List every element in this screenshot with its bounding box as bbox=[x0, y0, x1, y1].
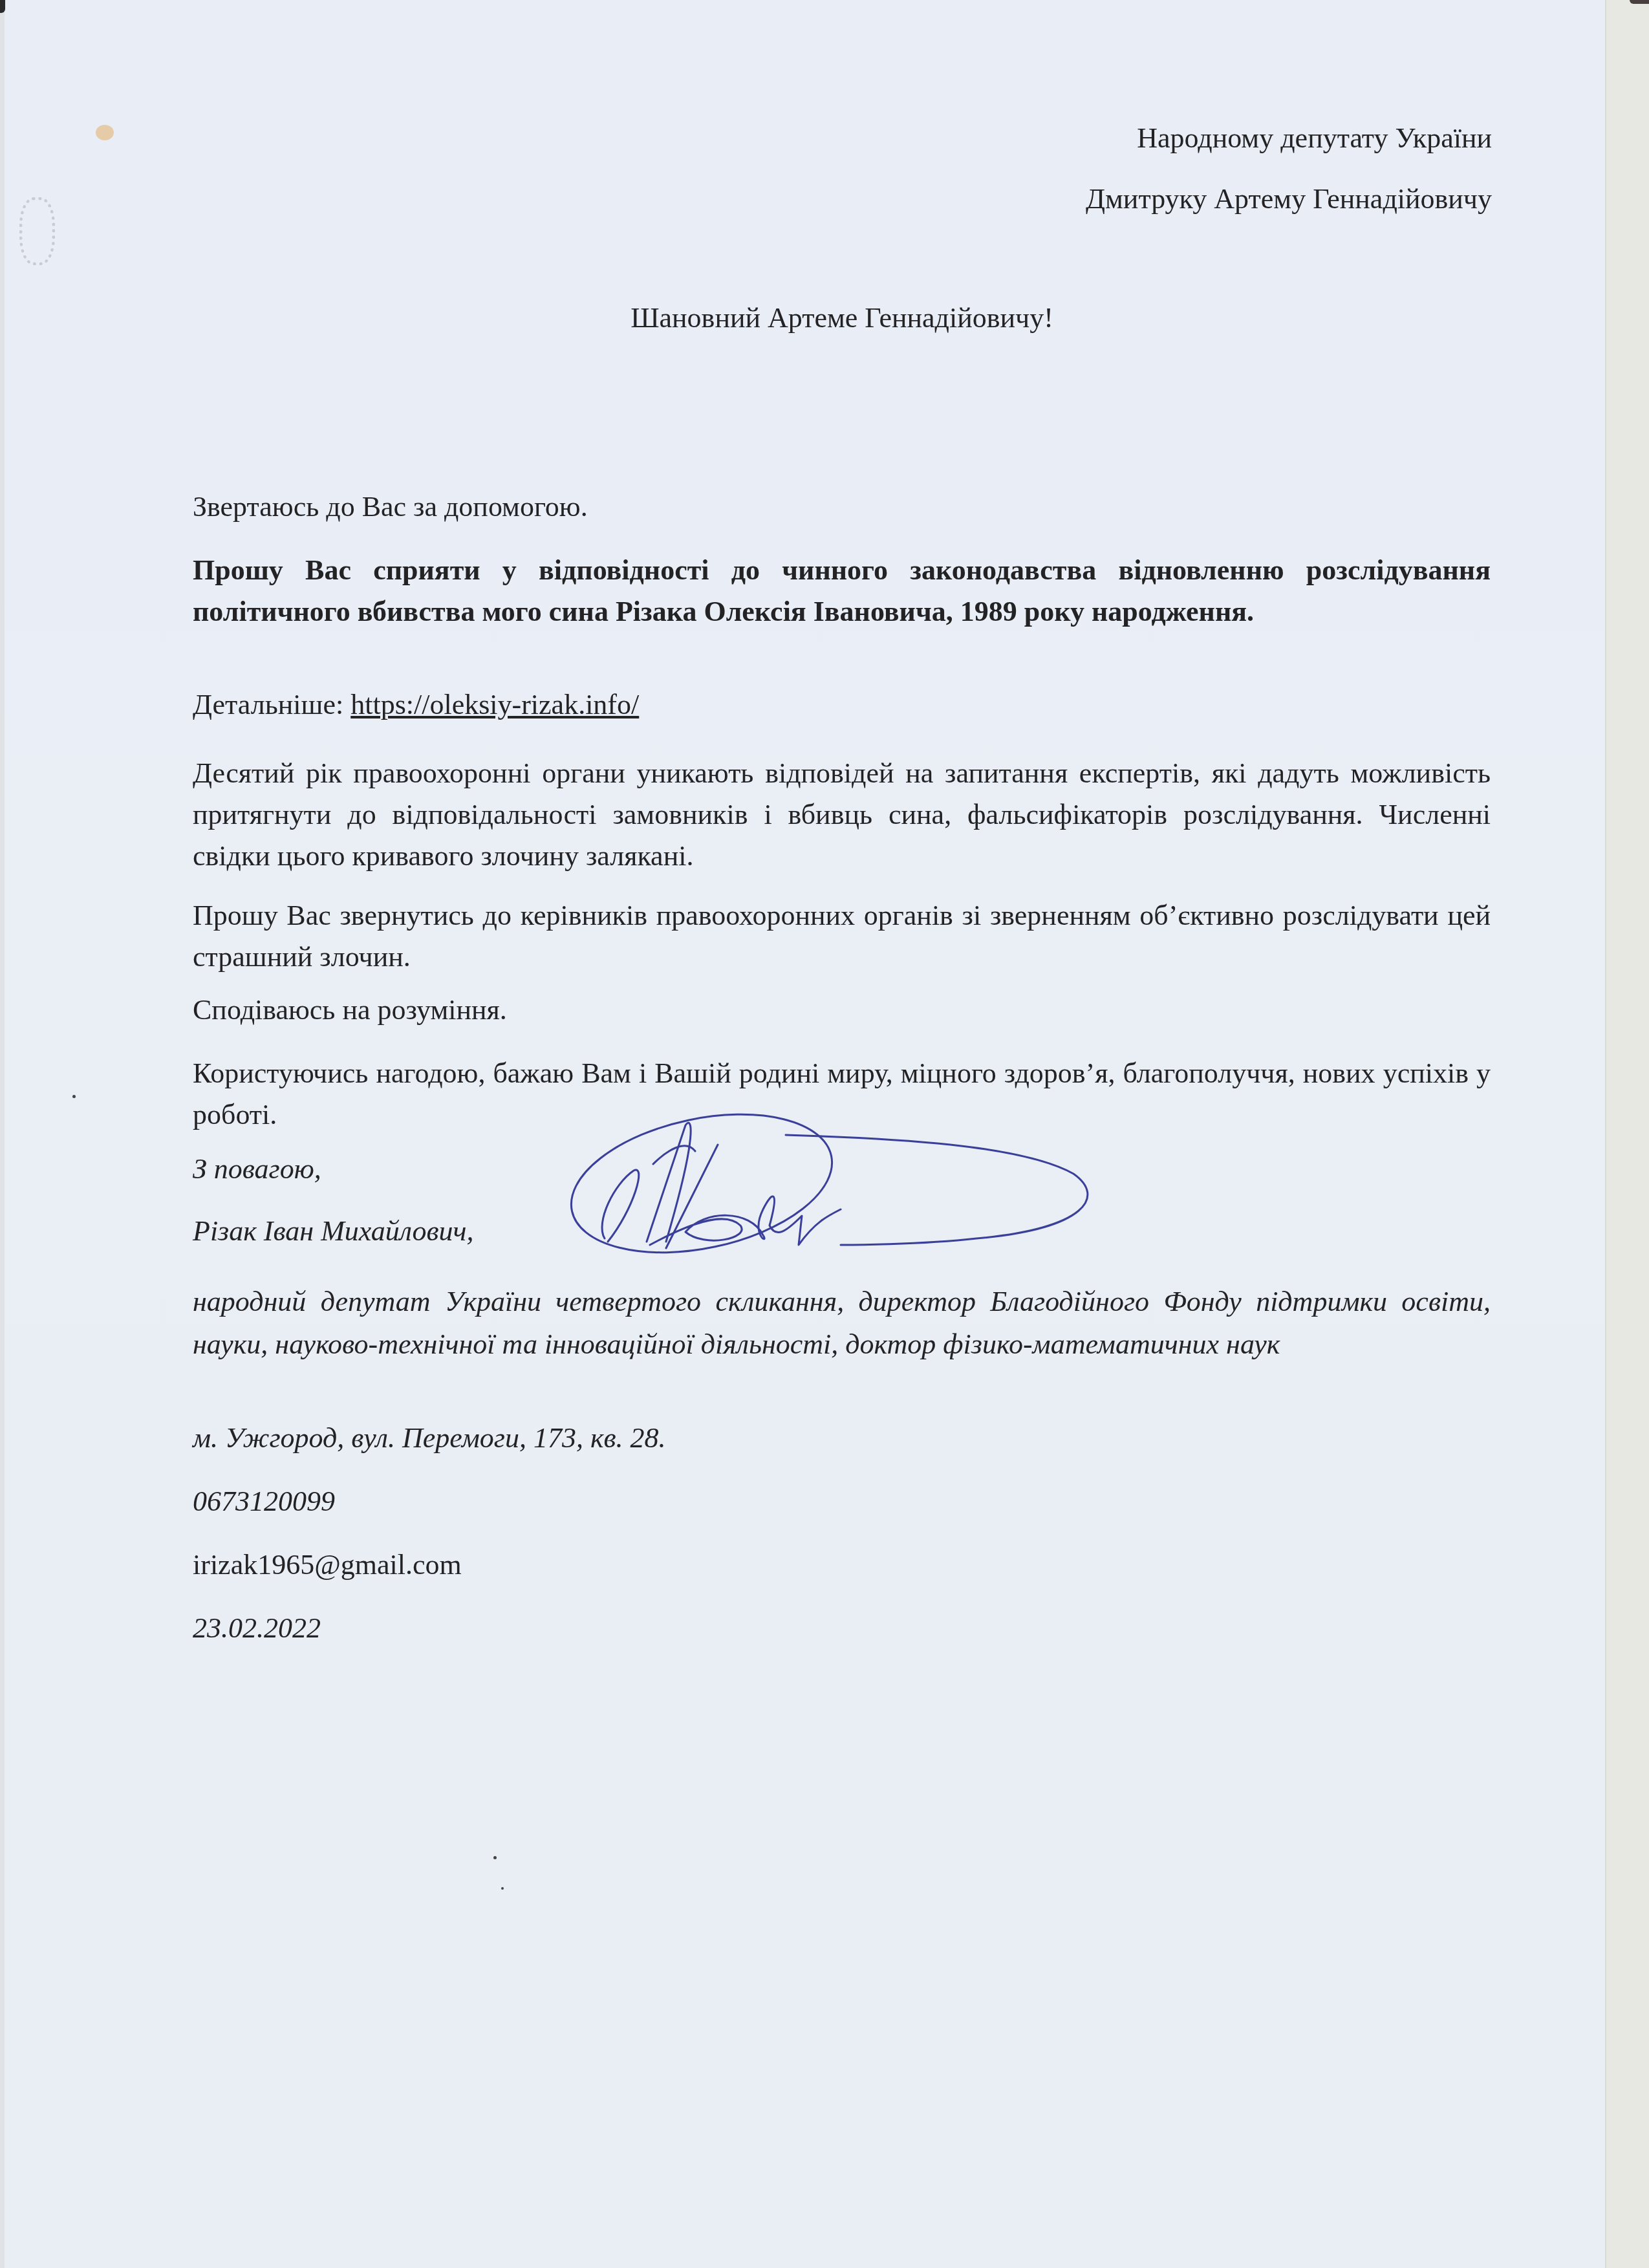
sender-title: народний депутат України четвертого скли… bbox=[193, 1280, 1491, 1366]
scan-corner-mark bbox=[0, 0, 5, 13]
scan-right-edge bbox=[1605, 0, 1649, 2268]
hope-line: Сподіваюсь на розуміння. bbox=[193, 989, 1491, 1031]
regards-line: З повагою, bbox=[193, 1152, 321, 1187]
sender-name: Різак Іван Михайлович, bbox=[193, 1215, 474, 1249]
details-link[interactable]: https://oleksiy-rizak.info/ bbox=[350, 689, 639, 720]
salutation: Шановний Артеме Геннадійовичу! bbox=[0, 301, 1649, 336]
tenth-year-paragraph: Десятий рік правоохоронні органи уникают… bbox=[193, 753, 1491, 877]
sender-address: м. Ужгород, вул. Перемоги, 173, кв. 28. bbox=[193, 1421, 666, 1456]
addressee-line-2: Дмитруку Артему Геннадійовичу bbox=[1086, 182, 1492, 217]
intro-paragraph: Звертаюсь до Вас за допомогою. bbox=[193, 486, 1491, 528]
sender-phone: 0673120099 bbox=[193, 1485, 335, 1519]
main-request-paragraph: Прошу Вас сприяти у відповідності до чин… bbox=[193, 550, 1491, 632]
paper-stain-gray bbox=[19, 197, 55, 265]
paper-stain bbox=[96, 125, 114, 140]
details-label: Детальніше: bbox=[193, 689, 350, 720]
second-request-paragraph: Прошу Вас звернутись до керівників право… bbox=[193, 895, 1491, 978]
paper-speck bbox=[501, 1887, 504, 1890]
details-line: Детальніше: https://oleksiy-rizak.info/ bbox=[193, 684, 1491, 726]
paper-speck bbox=[72, 1095, 76, 1098]
sender-email: irizak1965@gmail.com bbox=[193, 1548, 462, 1582]
scan-corner-mark-right bbox=[1630, 0, 1649, 4]
scan-left-edge bbox=[0, 0, 5, 2268]
addressee-line-1: Народному депутату України bbox=[1137, 122, 1492, 156]
letter-date: 23.02.2022 bbox=[193, 1612, 321, 1646]
handwritten-signature bbox=[556, 1112, 1112, 1261]
paper-speck bbox=[493, 1856, 497, 1859]
